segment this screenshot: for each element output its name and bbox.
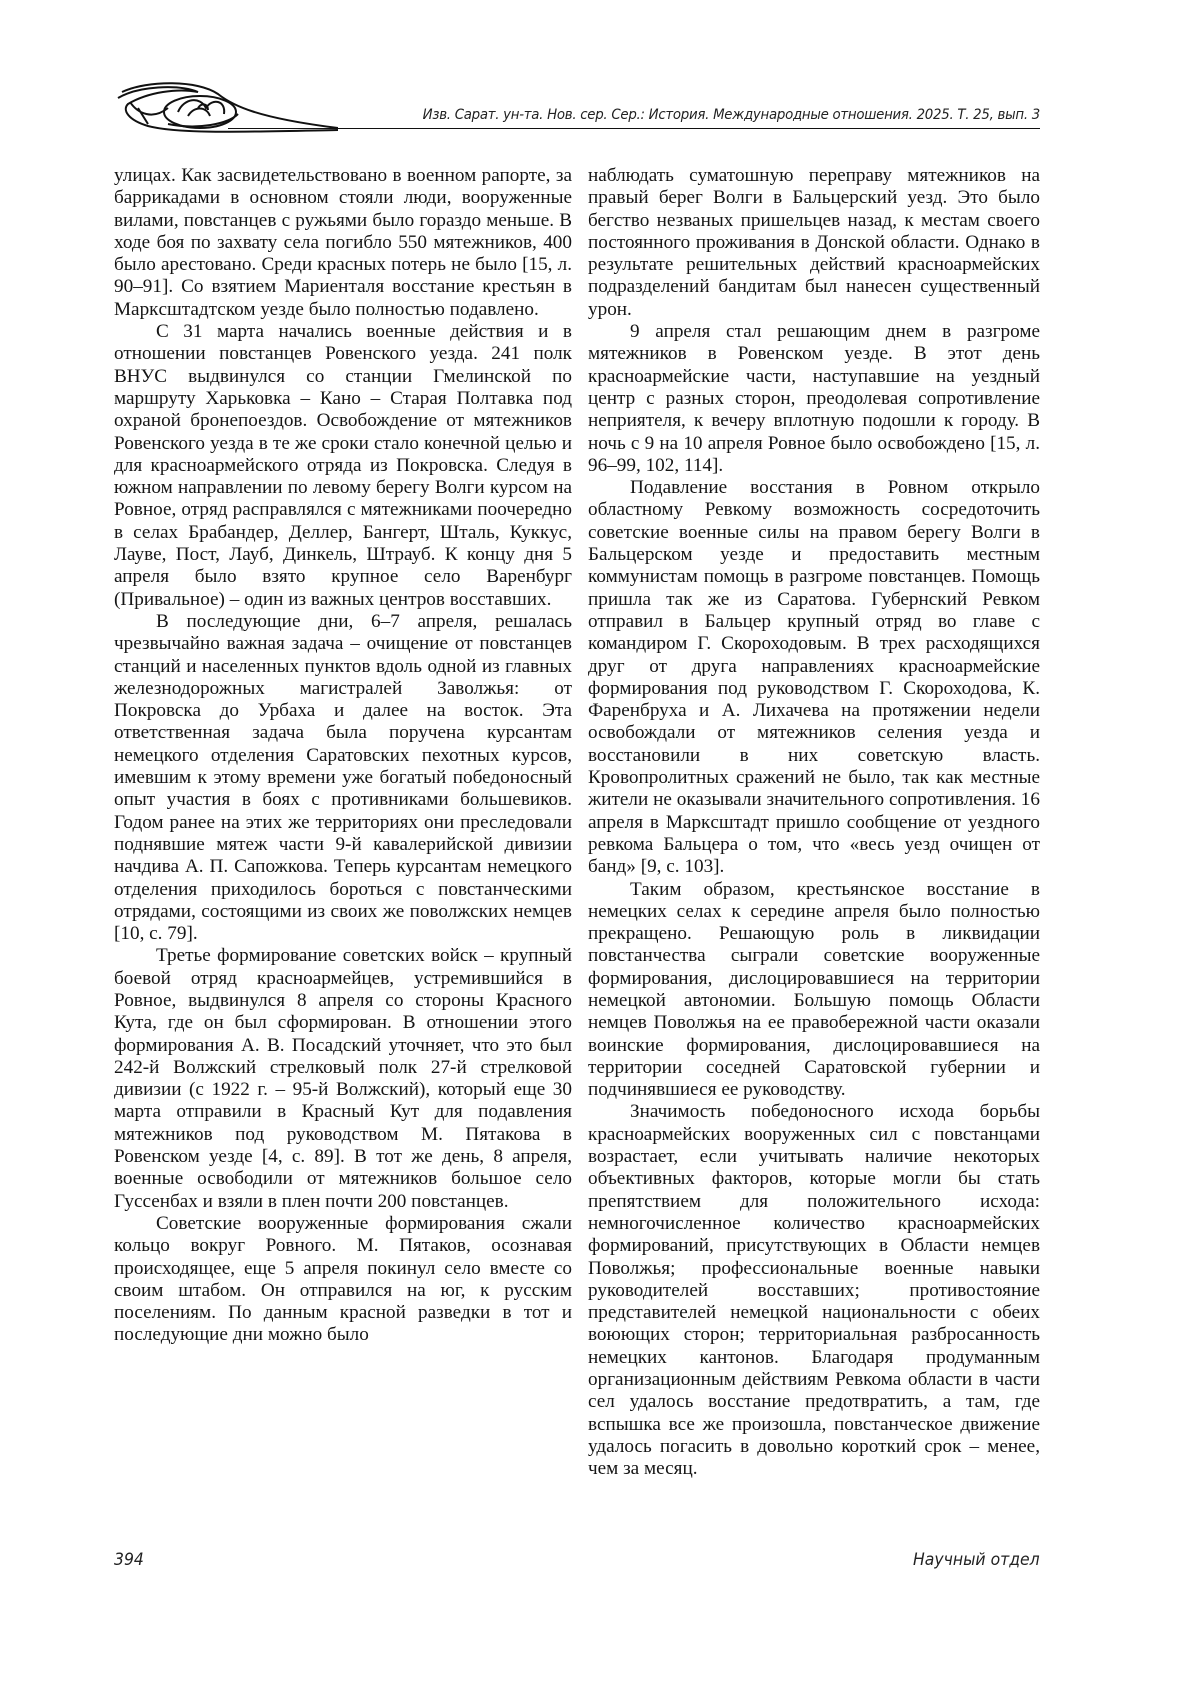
left-column: улицах. Как засвидетельствовано в военно… <box>114 165 572 1347</box>
paragraph: Подавление восстания в Ровном открыло об… <box>588 477 1040 878</box>
paragraph: 9 апреля стал решающим днем в разгроме м… <box>588 321 1040 477</box>
paragraph: В последующие дни, 6–7 апреля, решалась … <box>114 611 572 945</box>
paragraph: Третье формирование советских войск – кр… <box>114 945 572 1213</box>
page-number: 394 <box>114 1550 144 1570</box>
paragraph: С 31 марта начались военные действия и в… <box>114 321 572 611</box>
section-name: Научный отдел <box>913 1550 1040 1570</box>
right-column: наблюдать суматошную переправу мятежнико… <box>588 165 1040 1481</box>
paragraph: Советские вооруженные формирования сжали… <box>114 1213 572 1347</box>
paragraph: улицах. Как засвидетельствовано в военно… <box>114 165 572 321</box>
paragraph: наблюдать суматошную переправу мятежнико… <box>588 165 1040 321</box>
paragraph: Таким образом, крестьянское восстание в … <box>588 879 1040 1102</box>
header-rule <box>228 128 1040 130</box>
art-nouveau-ornament-icon <box>108 78 338 134</box>
journal-title: Изв. Сарат. ун-та. Нов. сер. Сер.: Истор… <box>423 107 1040 123</box>
paragraph: Значимость победоносного исхода борьбы к… <box>588 1101 1040 1480</box>
running-header: Изв. Сарат. ун-та. Нов. сер. Сер.: Истор… <box>108 78 1040 134</box>
